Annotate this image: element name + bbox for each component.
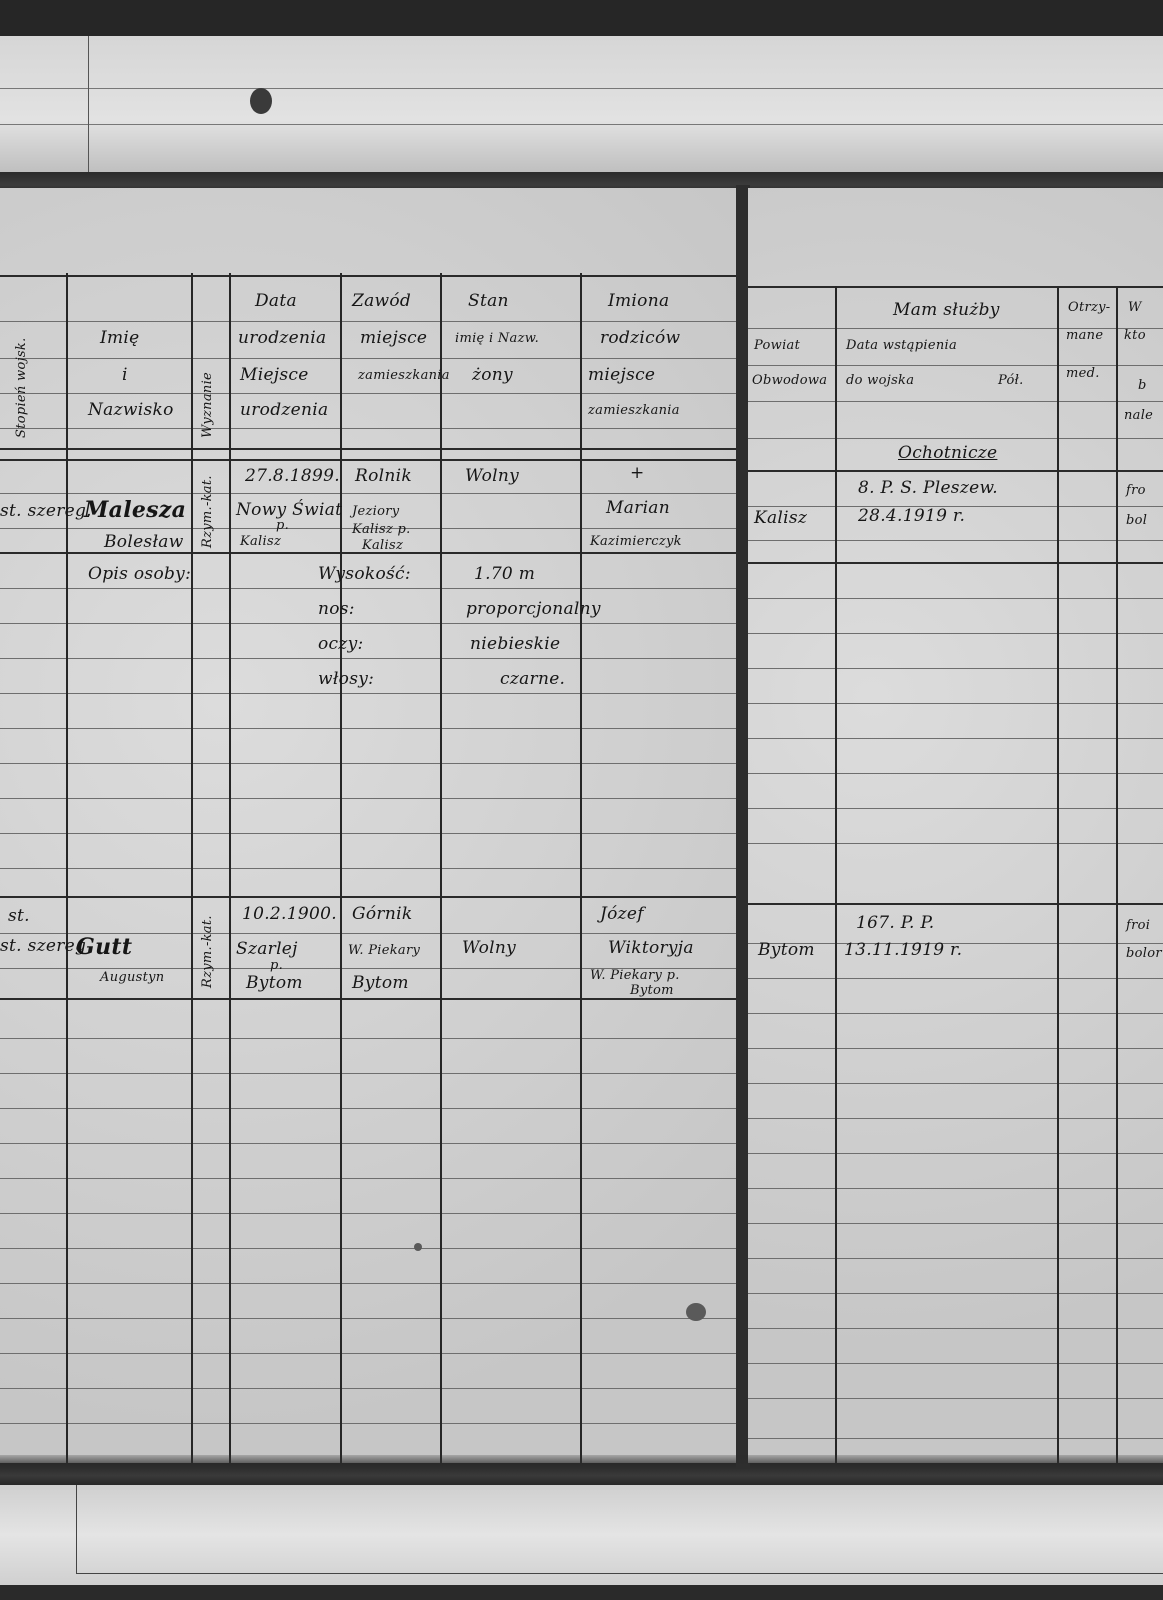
entry2-enlist-date: 13.11.1919 r. — [844, 940, 962, 960]
header-parents-line2: rodziców — [600, 328, 680, 348]
ink-stain — [686, 1303, 706, 1321]
entry1-occupation: Rolnik — [355, 466, 412, 486]
entry1-birth-place: Nowy Świat — [236, 500, 342, 520]
entry1-rank: st. szereg. — [0, 501, 92, 521]
hair-value: czarne. — [500, 669, 565, 689]
entry2-birth-district: Bytom — [246, 973, 303, 993]
previous-page-strip — [0, 36, 1163, 176]
header-last-line3: b — [1138, 378, 1147, 393]
header-parents-line1: Imiona — [608, 291, 669, 311]
entry1-residence-3: Kalisz — [362, 538, 403, 553]
entry2-rank: st. szereg — [0, 936, 86, 956]
header-service-title: Mam służby — [893, 300, 1000, 320]
header-service-line1: Data wstąpienia — [846, 338, 957, 353]
entry1-surname: Malesza — [84, 497, 186, 523]
entry2-parents-residence-1: W. Piekary p. — [590, 968, 680, 983]
header-marital-line3: żony — [472, 365, 513, 385]
entry2-parent-father: Józef — [600, 904, 644, 924]
entry2-parent-mother: Wiktoryja — [608, 938, 694, 958]
header-county-line2: Obwodowa — [752, 373, 827, 388]
header-parents-line4: zamieszkania — [588, 403, 680, 418]
entry1-last-col-1: fro — [1126, 483, 1146, 498]
entry1-given-name: Bolesław — [104, 532, 184, 552]
header-occupation-line1: Zawód — [352, 291, 411, 311]
header-county-line1: Powiat — [754, 338, 800, 353]
scan-border-bottom — [0, 1585, 1163, 1600]
subheader-volunteer: Ochotnicze — [898, 443, 997, 463]
nose-label: nos: — [318, 599, 355, 619]
header-rank: Stopień wojsk. — [14, 337, 29, 438]
entry2-county: Bytom — [758, 940, 815, 960]
entry1-denomination: Rzym.-kat. — [200, 475, 215, 548]
entry2-marital-status: Wolny — [462, 938, 516, 958]
header-marital-line2: imię i Nazw. — [455, 331, 539, 346]
header-parents-line3: miejsce — [588, 365, 655, 385]
entry1-county: Kalisz — [754, 508, 807, 528]
nose-value: proporcjonalny — [466, 599, 601, 619]
header-name-line3: Nazwisko — [88, 400, 174, 420]
entry2-birth-place: Szarlej — [236, 939, 298, 959]
description-label: Opis osoby: — [88, 564, 191, 584]
hair-label: włosy: — [318, 669, 374, 689]
next-page-strip — [0, 1485, 1163, 1585]
header-last-line2: kto — [1124, 328, 1146, 343]
ink-blot — [250, 88, 272, 114]
header-birth-line4: urodzenia — [240, 400, 328, 420]
left-page: Stopień wojsk. Imię i Nazwisko Wyznanie … — [0, 188, 740, 1463]
scan-border-top — [0, 0, 1163, 36]
ink-dot — [414, 1243, 422, 1251]
entry1-birth-note: p. — [276, 518, 289, 533]
header-other-line3: med. — [1066, 366, 1100, 381]
entry2-parents-residence-2: Bytom — [630, 983, 674, 998]
eyes-label: oczy: — [318, 634, 364, 654]
header-service-line2: do wojska — [846, 373, 914, 388]
entry1-regiment: 8. P. S. Pleszew. — [858, 478, 998, 498]
entry2-birth-note: p. — [270, 958, 283, 973]
entry2-given-name: Augustyn — [100, 970, 164, 985]
entry1-parents-mark: + — [630, 463, 645, 483]
header-denomination: Wyznanie — [200, 372, 215, 438]
entry2-residence-2: Bytom — [352, 973, 409, 993]
entry2-birth-date: 10.2.1900. — [242, 904, 337, 924]
entry2-residence-1: W. Piekary — [348, 943, 420, 958]
header-marital-line1: Stan — [468, 291, 509, 311]
entry1-parent-name: Marian — [606, 498, 670, 518]
entry1-parent-surname: Kazimierczyk — [590, 534, 682, 549]
header-birth-line2: urodzenia — [238, 328, 326, 348]
entry1-birth-district: Kalisz — [240, 534, 281, 549]
height-value: 1.70 m — [474, 564, 535, 584]
entry1-birth-date: 27.8.1899. — [245, 466, 340, 486]
entry1-enlist-date: 28.4.1919 r. — [858, 506, 965, 526]
fold-shadow-bottom — [0, 1455, 1163, 1489]
height-label: Wysokość: — [318, 564, 411, 584]
header-last-line4: nale — [1124, 408, 1153, 423]
right-page: Powiat Obwodowa Mam służby Data wstąpien… — [748, 188, 1163, 1463]
entry1-marital-status: Wolny — [465, 466, 519, 486]
header-other-line2: mane — [1066, 328, 1103, 343]
eyes-value: niebieskie — [470, 634, 560, 654]
header-other-line1: Otrzy- — [1068, 300, 1110, 315]
header-occupation-line3: zamieszkania — [358, 368, 450, 383]
entry2-occupation: Górnik — [352, 904, 412, 924]
header-service-pol: Pół. — [998, 373, 1024, 388]
entry1-residence-2: Kalisz p. — [352, 522, 411, 537]
header-occupation-line2: miejsce — [360, 328, 427, 348]
header-last-line1: W — [1128, 300, 1142, 315]
header-name-line2: i — [122, 365, 128, 385]
entry2-surname: Gutt — [76, 934, 132, 960]
entry2-rank-1: st. — [8, 906, 30, 926]
header-name-line1: Imię — [100, 328, 140, 348]
header-birth-line1: Data — [255, 291, 297, 311]
entry2-regiment: 167. P. P. — [856, 913, 934, 933]
entry2-last-col-2: bolor — [1126, 946, 1162, 961]
entry1-last-col-2: bol — [1126, 513, 1147, 528]
header-birth-line3: Miejsce — [240, 365, 309, 385]
entry2-last-col-1: froi — [1126, 918, 1150, 933]
entry2-denomination: Rzym.-kat. — [200, 915, 215, 988]
entry1-residence-1: Jeziory — [352, 504, 399, 519]
